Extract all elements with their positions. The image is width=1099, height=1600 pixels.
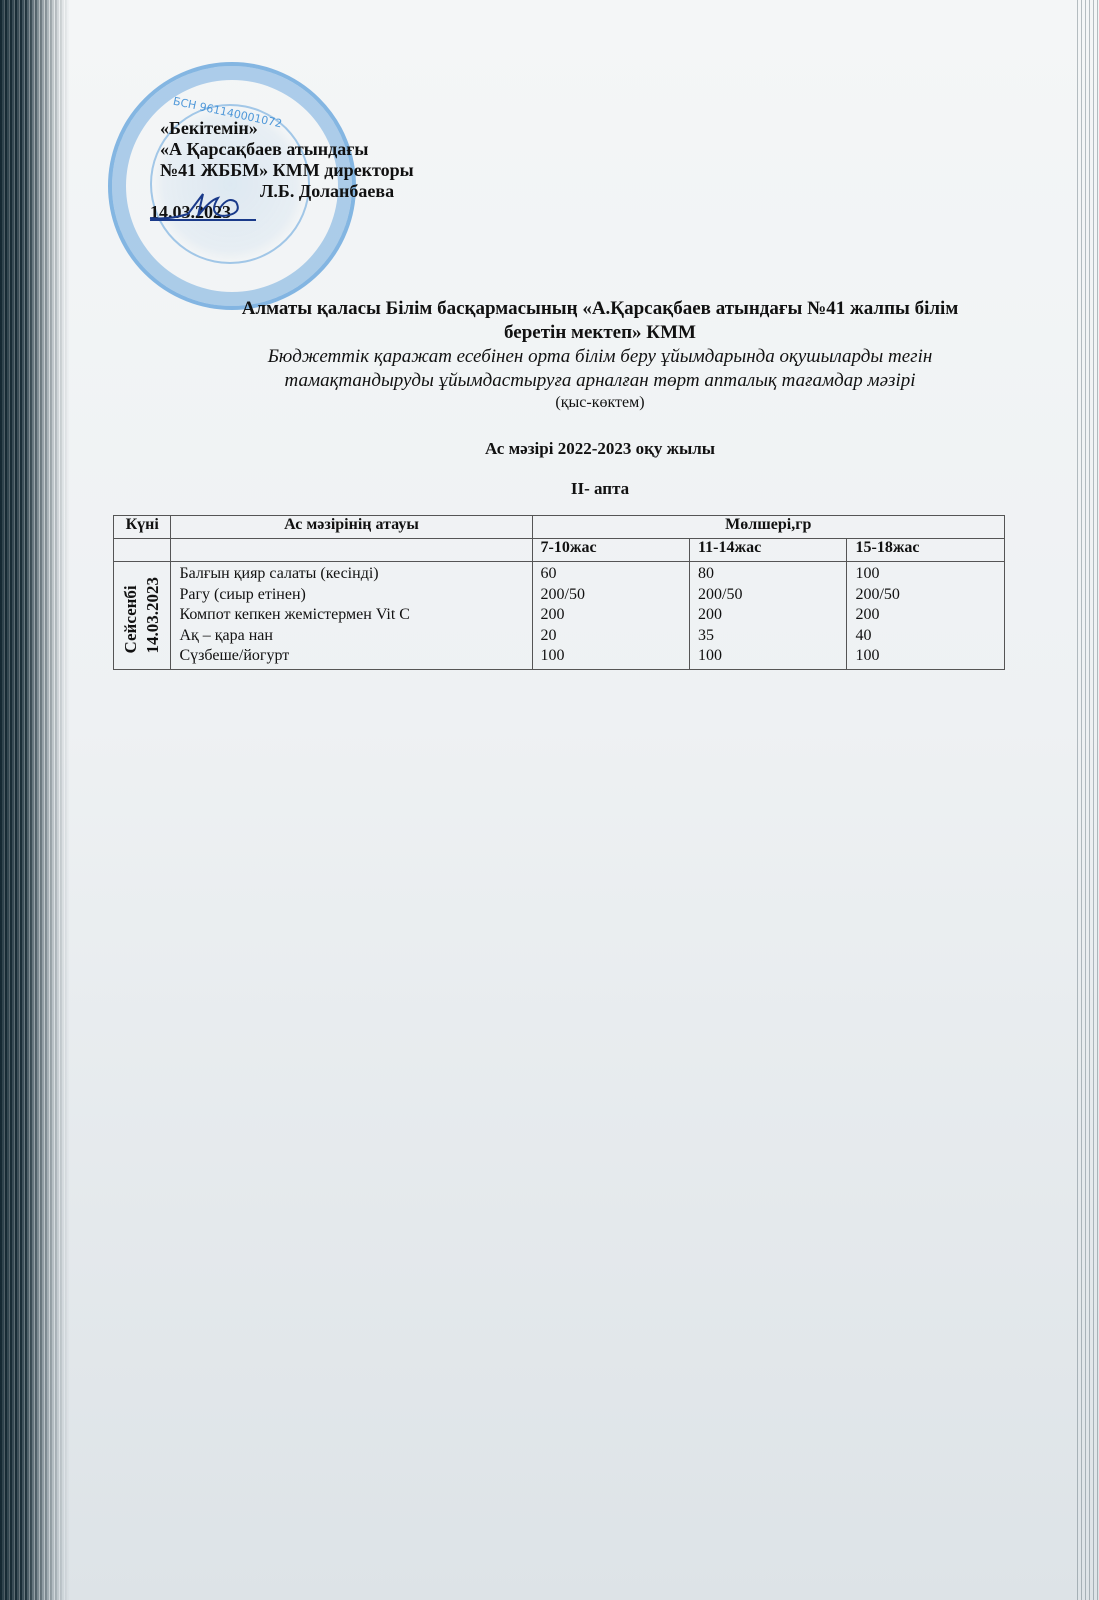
- amount-value: 200: [855, 605, 996, 626]
- amount-value: 200: [698, 605, 838, 626]
- signature-icon: [148, 190, 258, 224]
- amount-value: 80: [698, 564, 838, 585]
- menu-item: Ақ – қара нан: [179, 626, 523, 647]
- amount-value: 20: [541, 626, 681, 647]
- menu-items: Балғын қияр салаты (кесінді) Рагу (сиыр …: [171, 562, 532, 670]
- amount-value: 100: [855, 564, 996, 585]
- age-group-1: 7-10жас: [532, 539, 689, 562]
- document-page: БСН 961140001072 «Бекітемін» «А Қарсақба…: [0, 0, 1099, 1600]
- amount-value: 40: [855, 626, 996, 647]
- menu-table: Күні Ас мәзірінің атауы Мөлшері,гр 7-10ж…: [113, 515, 1005, 670]
- amount-value: 100: [541, 646, 681, 667]
- approval-director-name: Л.Б. Доланбаева: [260, 181, 414, 202]
- subheader-row: 7-10жас 11-14жас 15-18жас: [114, 539, 1005, 562]
- amount-value: 200/50: [698, 585, 838, 606]
- amount-value: 35: [698, 626, 838, 647]
- approval-title: «Бекітемін»: [160, 118, 414, 139]
- subtitle-line2: тамақтандыруды ұйымдастыруға арналған тө…: [130, 369, 1070, 393]
- amount-value: 60: [541, 564, 681, 585]
- age-group-3: 15-18жас: [847, 539, 1005, 562]
- day-date: 14.03.2023: [142, 577, 164, 654]
- header-day: Күні: [114, 516, 171, 539]
- menu-item: Балғын қияр салаты (кесінді): [179, 564, 523, 585]
- age-group-2: 11-14жас: [690, 539, 847, 562]
- header-row: Күні Ас мәзірінің атауы Мөлшері,гр: [114, 516, 1005, 539]
- menu-item: Компот кепкен жемістермен Vit C: [179, 605, 523, 626]
- amount-value: 200/50: [855, 585, 996, 606]
- week-label: II- апта: [130, 479, 1070, 499]
- amount-value: 100: [698, 646, 838, 667]
- approval-school: «А Қарсақбаев атындағы: [160, 139, 414, 160]
- menu-item: Сүзбеше/йогурт: [179, 646, 523, 667]
- amount-value: 200: [541, 605, 681, 626]
- amounts-11-14: 80 200/50 200 35 100: [690, 562, 847, 670]
- approval-position: №41 ЖББМ» КММ директоры: [160, 160, 414, 181]
- document-title: Алматы қаласы Білім басқармасының «А.Қар…: [130, 297, 1070, 499]
- header-name: Ас мәзірінің атауы: [171, 516, 532, 539]
- org-name-line2: беретін мектеп» КММ: [130, 321, 1070, 345]
- day-name: Сейсенбі: [120, 577, 142, 654]
- menu-item: Рагу (сиыр етінен): [179, 585, 523, 606]
- academic-year: Ас мәзірі 2022-2023 оқу жылы: [130, 439, 1070, 459]
- amounts-15-18: 100 200/50 200 40 100: [847, 562, 1005, 670]
- org-name-line1: Алматы қаласы Білім басқармасының «А.Қар…: [130, 297, 1070, 321]
- amount-value: 200/50: [541, 585, 681, 606]
- subtitle-line1: Бюджеттік қаражат есебінен орта білім бе…: [130, 345, 1070, 369]
- table-row: Сейсенбі 14.03.2023 Балғын қияр салаты (…: [114, 562, 1005, 670]
- day-cell: Сейсенбі 14.03.2023: [114, 562, 171, 670]
- season: (қыс-көктем): [130, 393, 1070, 413]
- amounts-7-10: 60 200/50 200 20 100: [532, 562, 689, 670]
- header-amount: Мөлшері,гр: [532, 516, 1004, 539]
- amount-value: 100: [855, 646, 996, 667]
